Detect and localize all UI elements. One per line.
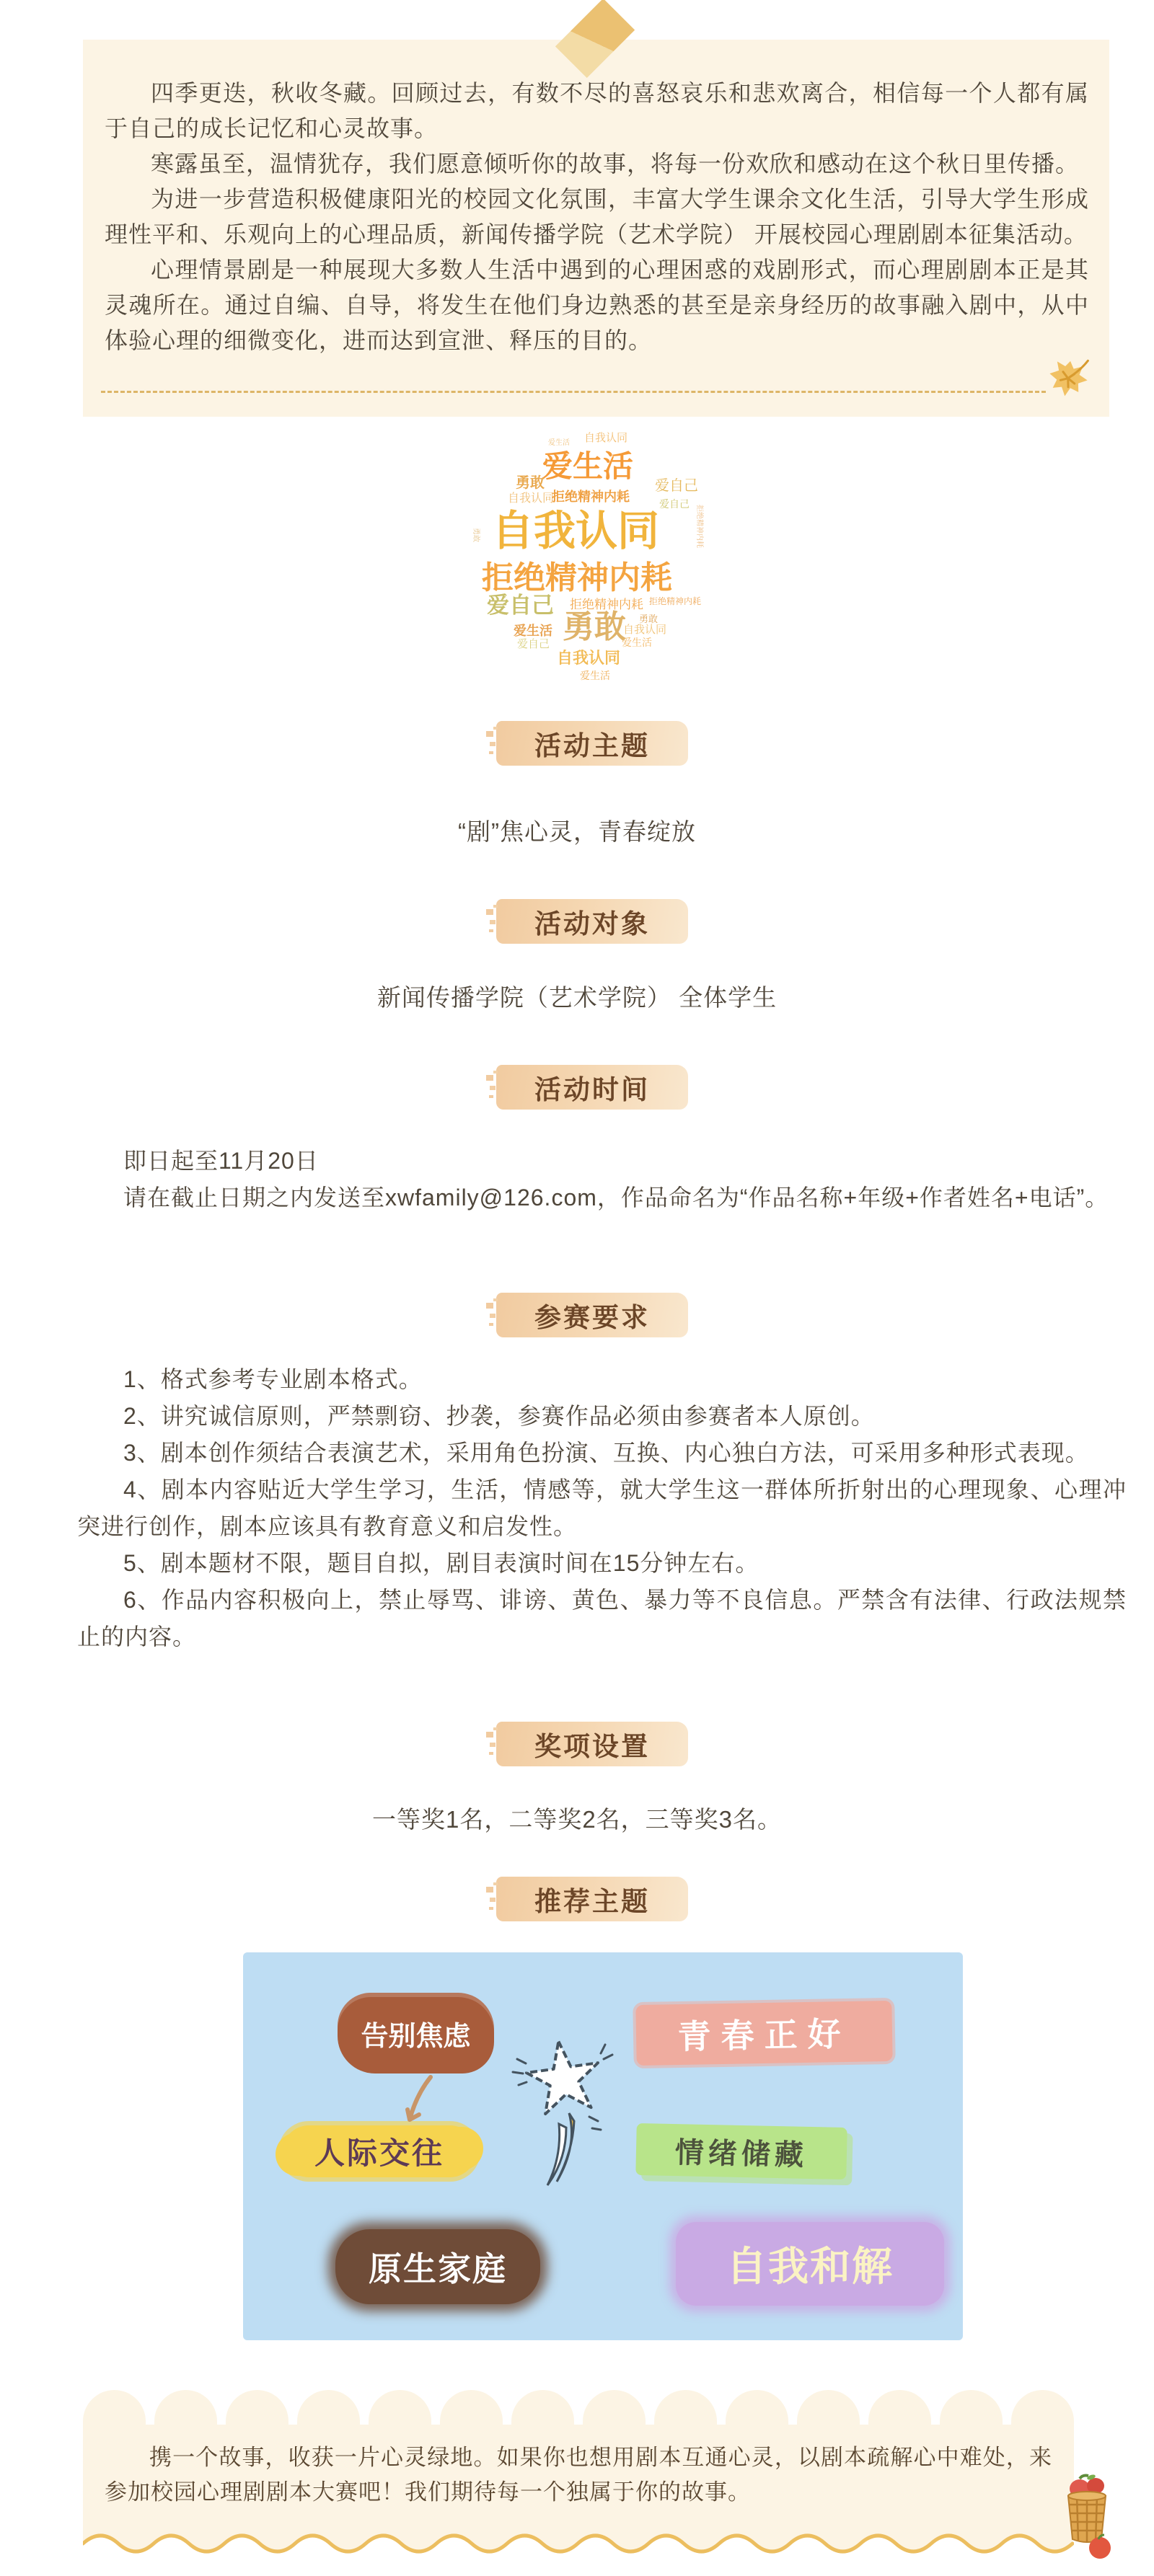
wordcloud-word: 自我认同 <box>492 510 659 552</box>
curved-arrow-icon <box>400 2073 436 2131</box>
intro-card: 四季更迭，秋收冬藏。回顾过去，有数不尽的喜怒哀乐和悲欢离合，相信每一个人都有属于… <box>83 40 1109 417</box>
wordcloud-word: 拒绝精神内耗 <box>695 505 702 548</box>
wordcloud-word: 自我认同 <box>508 493 554 505</box>
theme-sticker: 人际交往 <box>283 2125 476 2177</box>
wordcloud-word: 自我认同 <box>557 650 620 666</box>
footer-card: 携一个故事，收获一片心灵绿地。如果你也想用剧本互通心灵，以剧本疏解心中难处，来参… <box>83 2390 1074 2558</box>
time-line: 请在截止日期之内发送至xwfamily@126.com，作品命名为“作品名称+年… <box>77 1179 1127 1216</box>
wordcloud-word: 爱自己 <box>487 594 554 616</box>
wordcloud-word: 自我认同 <box>623 624 666 635</box>
intro-paragraph: 为进一步营造积极健康阳光的校园文化氛围，丰富大学生课余文化生活，引导大学生形成理… <box>105 182 1089 252</box>
wordcloud-word: 爱生活 <box>542 451 633 482</box>
footer-text-area: 携一个故事，收获一片心灵绿地。如果你也想用剧本互通心灵，以剧本疏解心中难处，来参… <box>83 2425 1074 2525</box>
section-badge-awards: 奖项设置 <box>496 1722 688 1766</box>
section-title: 参赛要求 <box>534 1296 650 1335</box>
theme-content: “剧”焦心灵，青春绽放 <box>0 813 1154 847</box>
section-badge-theme: 活动主题 <box>496 721 688 766</box>
section-title: 活动主题 <box>534 724 650 763</box>
autumn-leaf-icon <box>1044 351 1095 403</box>
wordcloud-word: 勇敢 <box>563 611 626 643</box>
requirement-item: 5、剧本题材不限，题目自拟，剧目表演时间在15分钟左右。 <box>77 1545 1127 1582</box>
section-title: 奖项设置 <box>534 1725 650 1763</box>
section-title: 活动时间 <box>534 1068 650 1107</box>
article-page: 四季更迭，秋收冬藏。回顾过去，有数不尽的喜怒哀乐和悲欢离合，相信每一个人都有属于… <box>0 0 1154 2576</box>
time-text: 即日起至11月20日 请在截止日期之内发送至xwfamily@126.com，作… <box>77 1143 1127 1216</box>
wordcloud-image[interactable]: 自我认同爱生活爱生活勇敢爱自己自我认同拒绝精神内耗爱自己自我认同拒绝精神内耗爱自… <box>476 420 714 686</box>
wordcloud-word: 爱生活 <box>548 440 570 447</box>
footer-text: 携一个故事，收获一片心灵绿地。如果你也想用剧本互通心灵，以剧本疏解心中难处，来参… <box>105 2440 1052 2510</box>
wavy-border <box>83 2525 1074 2558</box>
theme-sticker: 原生家庭 <box>335 2229 540 2304</box>
intro-paragraph: 四季更迭，秋收冬藏。回顾过去，有数不尽的喜怒哀乐和悲欢离合，相信每一个人都有属于… <box>105 76 1089 146</box>
scallop-border <box>83 2390 1074 2425</box>
wordcloud-word: 爱自己 <box>659 499 690 509</box>
section-title: 推荐主题 <box>534 1880 650 1918</box>
intro-paragraph: 心理情景剧是一种展现大多数人生活中遇到的心理困惑的戏剧形式，而心理剧剧本正是其灵… <box>105 252 1089 358</box>
wordcloud-word: 自我认同 <box>584 433 627 443</box>
time-line: 即日起至11月20日 <box>77 1143 1127 1179</box>
theme-sticker: 告别焦虑 <box>338 1993 494 2073</box>
target-content: 新闻传播学院（艺术学院） 全体学生 <box>0 979 1154 1013</box>
requirement-item: 4、剧本内容贴近大学生学习，生活，情感等，就大学生这一群体所折射出的心理现象、心… <box>77 1471 1127 1545</box>
wordcloud-word: 勇敢 <box>472 528 479 542</box>
section-badge-target: 活动对象 <box>496 899 688 944</box>
requirement-item: 1、格式参考专业剧本格式。 <box>77 1361 1127 1398</box>
section-title: 活动对象 <box>534 902 650 941</box>
theme-sticker: 自我和解 <box>676 2222 944 2306</box>
fruit-basket-icon <box>1058 2473 1116 2567</box>
dotted-divider <box>101 391 1046 393</box>
section-badge-requirements: 参赛要求 <box>496 1293 688 1337</box>
requirement-item: 3、剧本创作须结合表演艺术，采用角色扮演、互换、内心独白方法，可采用多种形式表现… <box>77 1435 1127 1471</box>
wordcloud-word: 爱生活 <box>622 637 652 647</box>
intro-paragraph: 寒露虽至，温情犹存，我们愿意倾听你的故事，将每一份欢欣和感动在这个秋日里传播。 <box>105 146 1089 182</box>
wordcloud-word: 拒绝精神内耗 <box>552 490 630 503</box>
wordcloud-word: 勇敢 <box>516 476 545 490</box>
wordcloud-word: 爱自己 <box>517 639 550 650</box>
wordcloud-word: 爱自己 <box>655 479 698 493</box>
wordcloud-word: 爱生活 <box>580 670 610 681</box>
section-badge-recommended: 推荐主题 <box>496 1877 688 1921</box>
requirement-item: 2、讲究诚信原则，严禁剽窃、抄袭，参赛作品必须由参赛者本人原创。 <box>77 1398 1127 1435</box>
wordcloud-word: 爱生活 <box>514 624 552 637</box>
recommended-themes-image[interactable]: 告别焦虑 青春正好 人际交往 情绪储藏 原生家庭 自我和解 <box>243 1952 963 2340</box>
requirement-item: 6、作品内容积极向上，禁止辱骂、诽谤、黄色、暴力等不良信息。严禁含有法律、行政法… <box>77 1582 1127 1655</box>
intro-text: 四季更迭，秋收冬藏。回顾过去，有数不尽的喜怒哀乐和悲欢离合，相信每一个人都有属于… <box>83 40 1109 358</box>
wordcloud-word: 拒绝精神内耗 <box>649 597 701 606</box>
theme-sticker: 青春正好 <box>635 2001 892 2066</box>
wordcloud-word: 勇敢 <box>639 614 658 624</box>
wordcloud-word: 拒绝精神内耗 <box>482 562 672 594</box>
awards-content: 一等奖1名，二等奖2名，三等奖3名。 <box>0 1801 1154 1835</box>
requirements-list: 1、格式参考专业剧本格式。 2、讲究诚信原则，严禁剽窃、抄袭，参赛作品必须由参赛… <box>77 1361 1127 1655</box>
section-badge-time: 活动时间 <box>496 1065 688 1110</box>
theme-sticker: 情绪储藏 <box>635 2123 847 2179</box>
shooting-star-icon <box>503 2030 625 2218</box>
